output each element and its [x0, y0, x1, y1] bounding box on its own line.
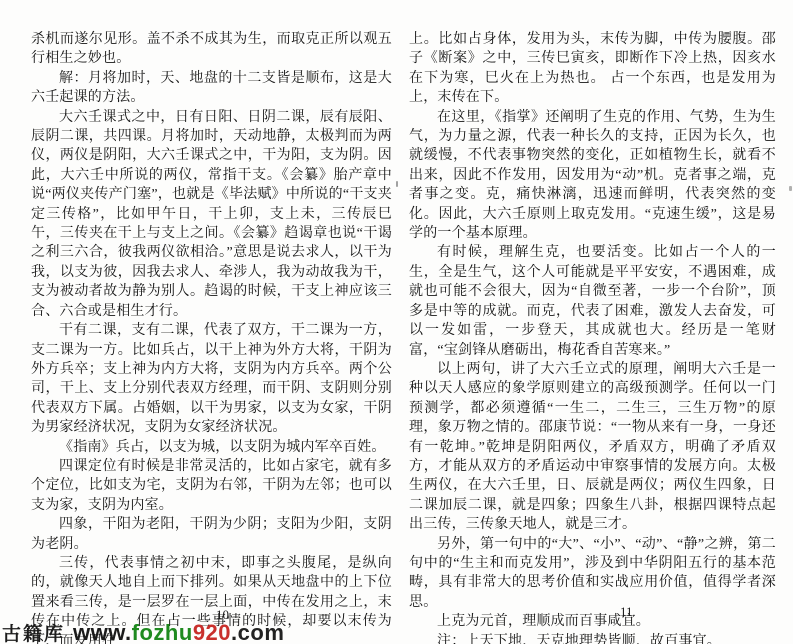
paragraph: 上克为元首，理顺成而百事咸宜。 — [409, 612, 776, 631]
scan-artifact — [396, 181, 398, 187]
scan-artifact — [789, 186, 792, 191]
paragraph: 干有二课，支有二课，代表了双方，干二课为一方，支二课为一方。比如兵占，以干上神为… — [31, 321, 392, 437]
paragraph: 《指南》兵占，以支为城，以支阴为城内军卒百姓。 — [31, 438, 392, 457]
page-right: 上。比如占身体，发用为头，末传为脚，中传为腰腹。邵子《断案》之中，三传巳寅亥，即… — [409, 30, 776, 644]
paragraph: 杀机而遂尔见形。盖不杀不成其为生，而取克正所以观五行相生之妙也。 — [31, 30, 392, 69]
paragraph: 在这里，《指掌》还阐明了生克的作用、气势，生为生气，为力量之源，代表一种长久的支… — [409, 108, 776, 244]
watermark-url-www: www. — [73, 620, 132, 644]
paragraph: 上。比如占身体，发用为头，末传为脚，中传为腰腹。邵子《断案》之中，三传巳寅亥，即… — [409, 30, 776, 108]
paragraph: 解：月将加时，天、地盘的十二支皆是顺布，这是大六壬起课的方法。 — [31, 69, 392, 108]
page-number-right: 11 — [620, 604, 633, 620]
watermark-url: www.fozhu920.com — [73, 620, 284, 644]
book-scan: 杀机而遂尔见形。盖不杀不成其为生，而取克正所以观五行相生之妙也。 解：月将加时，… — [0, 0, 793, 644]
paragraph: 大六壬课式之中，日有日阳、日阴二课，辰有辰阳、辰阴二课，共四课。月将加时，天动地… — [31, 108, 392, 321]
paragraph: 四课定位有时候是非常灵活的，比如占家宅，就有多个定位，比如支为宅，支阴为右邻，干… — [31, 457, 392, 515]
paragraph: 四象，干阳为老阳，干阴为少阴；支阳为少阳，支阴为老阴。 — [31, 515, 392, 554]
watermark-site-name: 古籍库 — [2, 624, 65, 644]
paragraph: 以上两句，讲了大六壬立式的原理，阐明大六壬是一种以天人感应的象学原则建立的高级预… — [409, 360, 776, 535]
paragraph: 注：上天下地，天克地理势皆顺，故百事宜。 — [409, 632, 776, 644]
watermark-url-number: 920 — [193, 620, 231, 644]
watermark-url-tld: .com — [231, 620, 284, 644]
page-left: 杀机而遂尔见形。盖不杀不成其为生，而取克正所以观五行相生之妙也。 解：月将加时，… — [31, 30, 392, 644]
paragraph: 有时候，理解生克，也要活变。比如占一个人的一生，全是生气，这个人可能就是平平安安… — [409, 243, 776, 359]
watermark-url-domain: fozhu — [132, 620, 193, 644]
watermark: 古籍库www.fozhu920.com — [2, 619, 284, 644]
paragraph: 另外，第一句中的“大”、“小”、“动”、“静”之辨，第二句中的“生主和而克发用”… — [409, 535, 776, 613]
